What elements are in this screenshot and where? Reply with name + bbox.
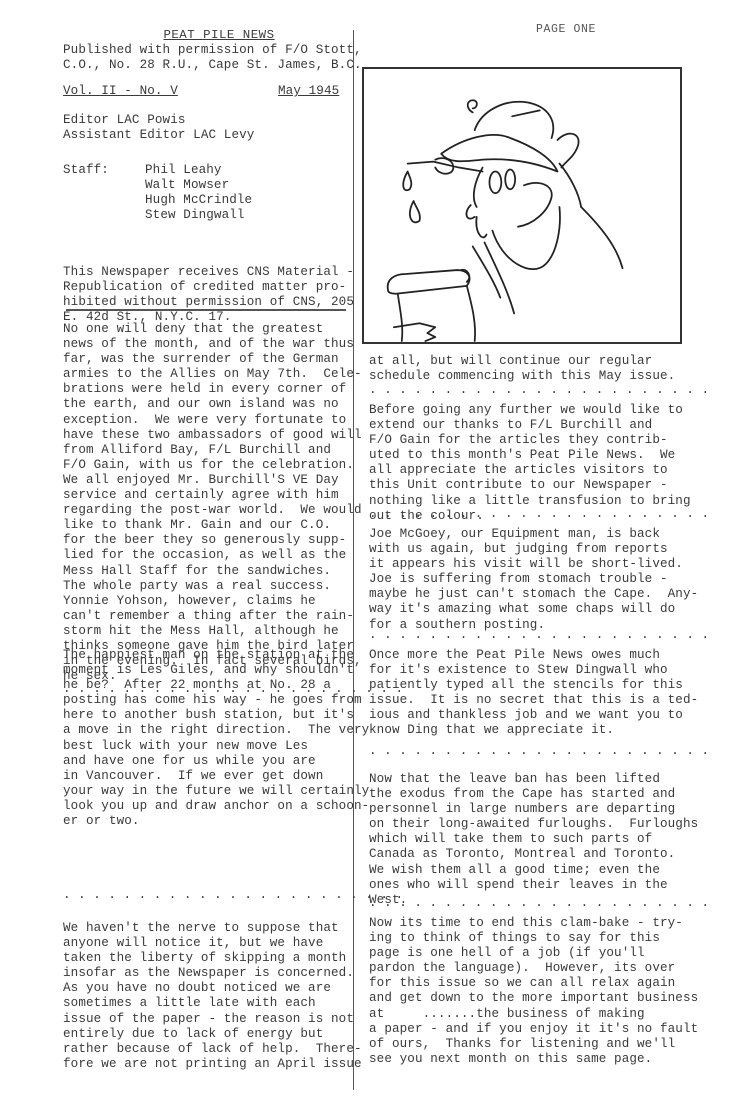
article-line: We all enjoyed Mr. Burchill'S VE Day: [63, 473, 362, 488]
article-line: lied for the occasion, as well as the: [63, 548, 362, 563]
article-thanks: Before going any further we would like t…: [369, 403, 691, 524]
staff-member: Hugh McCrindle: [145, 193, 252, 208]
dotted-separator: . . . . . . . . . . . . . . . . . . . . …: [369, 896, 709, 911]
volume-number: Vol. II - No. V: [63, 84, 178, 99]
article-line: of ours, Thanks for listening and we'll: [369, 1037, 698, 1052]
article-line: F/O Gain, with us for the celebration.: [63, 458, 362, 473]
article-line: taken the liberty of skipping a month: [63, 951, 362, 966]
article-line: uted to this month's Peat Pile News. We: [369, 448, 691, 463]
article-line: As you have no doubt noticed we are: [63, 981, 362, 996]
article-line: sometimes a little late with each: [63, 996, 362, 1011]
article-line: ing to think of things to say for this: [369, 931, 698, 946]
staff-label: Staff:: [63, 163, 109, 178]
article-line: Now that the leave ban has been lifted: [369, 772, 698, 787]
article-line: Yonnie Yohson, however, claims he: [63, 594, 362, 609]
issue-date: May 1945: [278, 84, 339, 99]
article-line: far, was the surrender of the German: [63, 352, 362, 367]
article-line: way it's amazing what some chaps will do: [369, 602, 698, 617]
editors-block: Editor LAC Powis Assistant Editor LAC Le…: [63, 113, 254, 143]
article-line: here to another bush station, but it's: [63, 708, 369, 723]
article-line: best luck with your new move Les: [63, 739, 369, 754]
article-line: service and certainly agree with him: [63, 488, 362, 503]
article-closing: Now its time to end this clam-bake - try…: [369, 916, 698, 1067]
article-line: No one will deny that the greatest: [63, 322, 362, 337]
publication-permission-line: Published with permission of F/O Stott,: [63, 43, 362, 58]
notice-line: This Newspaper receives CNS Material -: [63, 265, 354, 280]
staff-member: Phil Leahy: [145, 163, 252, 178]
page-label: PAGE ONE: [536, 22, 596, 37]
article-line: all appreciate the articles visitors to: [369, 463, 691, 478]
article-line: ious and thankless job and we want you t…: [369, 708, 698, 723]
article-line: have these two ambassadors of good will: [63, 428, 362, 443]
article-line: We haven't the nerve to suppose that: [63, 921, 362, 936]
dotted-separator: . . . . . . . . . . . . . . . . . . . . …: [369, 383, 709, 398]
article-line: with us again, but judging from reports: [369, 542, 698, 557]
article-line: personnel in large numbers are departing: [369, 802, 698, 817]
dotted-separator: . . . . . . . . . . . . . . . . . . . . …: [63, 888, 403, 903]
article-les-giles: The happiest man on the station at themo…: [63, 648, 369, 829]
article-line: We wish them all a good time; even the: [369, 863, 698, 878]
article-line: er or two.: [63, 814, 369, 829]
article-line: at .......the business of making: [369, 1007, 698, 1022]
article-line: Joe is suffering from stomach trouble -: [369, 572, 698, 587]
article-joe-mcgoey: Joe McGoey, our Equipment man, is backwi…: [369, 527, 698, 633]
article-line: see you next month on this same page.: [369, 1052, 698, 1067]
staff-member: Stew Dingwall: [145, 208, 252, 223]
article-line: a move in the right direction. The very: [63, 723, 369, 738]
article-line: insofar as the Newspaper is concerned.: [63, 966, 362, 981]
article-line: for it's existence to Stew Dingwall who: [369, 663, 698, 678]
article-line: page is one hell of a job (if you'll: [369, 946, 698, 961]
article-line: and have one for us while you are: [63, 754, 369, 769]
article-line: news of the month, and of the war thus: [63, 337, 362, 352]
article-line: Now its time to end this clam-bake - try…: [369, 916, 698, 931]
article-line: the earth, and our own island was no: [63, 397, 362, 412]
article-line: for the beer they so generously supp-: [63, 533, 362, 548]
cartoon-illustration: [362, 67, 682, 344]
article-line: know Ding that we appreciate it.: [369, 723, 698, 738]
article-line: brations were held in every corner of: [63, 382, 362, 397]
editor-line: Editor LAC Powis: [63, 113, 254, 128]
article-stew-dingwall: Once more the Peat Pile News owes muchfo…: [369, 648, 698, 739]
article-line: entirely due to lack of energy but: [63, 1027, 362, 1042]
article-line: can't remember a thing after the rain-: [63, 609, 362, 624]
article-skipped-month: We haven't the nerve to suppose thatanyo…: [63, 921, 362, 1072]
article-line: and get down to the more important busin…: [369, 991, 698, 1006]
article-line: for this issue so we can all relax again: [369, 976, 698, 991]
article-line: ones who will spend their leaves in the: [369, 878, 698, 893]
article-ve-day: No one will deny that the greatestnews o…: [63, 322, 362, 684]
article-line: anyone will notice it, but we have: [63, 936, 362, 951]
article-line: storm hit the Mess Hall, although he: [63, 624, 362, 639]
article-line: your way in the future we will certainly: [63, 784, 369, 799]
newsletter-title: PEAT PILE NEWS: [139, 28, 299, 43]
article-skipped-month-cont: at all, but will continue our regularsch…: [369, 354, 675, 384]
dotted-separator: . . . . . . . . . . . . . . . . . . . . …: [369, 744, 709, 759]
newsletter-page: PEAT PILE NEWS Published with permission…: [0, 0, 750, 1104]
article-line: a paper - and if you enjoy it it's no fa…: [369, 1022, 698, 1037]
dotted-separator: . . . . . . . . . . . . . . . . . . . . …: [369, 628, 709, 643]
article-line: armies to the Allies on May 7th. Cele-: [63, 367, 362, 382]
article-line: F/O Gain for the articles they contrib-: [369, 433, 691, 448]
article-line: look you up and draw anchor on a schoon-: [63, 799, 369, 814]
cartoon-man-with-cap-icon: [364, 69, 680, 342]
article-line: this Unit contribute to our Newspaper -: [369, 478, 691, 493]
dotted-separator: . . . . . . . . . . . . . . . . . . . . …: [63, 682, 403, 697]
article-line: on their long-awaited furloughs. Furloug…: [369, 817, 698, 832]
staff-list: Phil Leahy Walt Mowser Hugh McCrindle St…: [145, 163, 252, 223]
article-line: maybe he just can't stomach the Cape. An…: [369, 587, 698, 602]
notice-line: hibited without permission of CNS, 205: [63, 295, 354, 310]
article-line: from Alliford Bay, F/L Burchill and: [63, 443, 362, 458]
article-line: rather because of lack of help. There-: [63, 1042, 362, 1057]
article-line: extend our thanks to F/L Burchill and: [369, 418, 691, 433]
article-line: it appears his visit will be short-lived…: [369, 557, 698, 572]
article-line: Once more the Peat Pile News owes much: [369, 648, 698, 663]
article-line: moment is Les Giles, and why shouldn't: [63, 663, 369, 678]
assistant-editor-line: Assistant Editor LAC Levy: [63, 128, 254, 143]
article-line: which will take them to such parts of: [369, 832, 698, 847]
article-line: Before going any further we would like t…: [369, 403, 691, 418]
article-leave-ban: Now that the leave ban has been liftedth…: [369, 772, 698, 908]
article-line: fore we are not printing an April issue: [63, 1057, 362, 1072]
article-line: issue. It is no secret that this is a te…: [369, 693, 698, 708]
article-line: The happiest man on the station at the: [63, 648, 369, 663]
article-line: in Vancouver. If we ever get down: [63, 769, 369, 784]
article-line: The whole party was a real success.: [63, 579, 362, 594]
article-line: Mess Hall Staff for the sandwiches.: [63, 564, 362, 579]
cns-notice: This Newspaper receives CNS Material - R…: [63, 265, 354, 325]
staff-member: Walt Mowser: [145, 178, 252, 193]
notice-line: Republication of credited matter pro-: [63, 280, 354, 295]
article-line: at all, but will continue our regular: [369, 354, 675, 369]
article-line: the exodus from the Cape has started and: [369, 787, 698, 802]
article-line: patiently typed all the stencils for thi…: [369, 678, 698, 693]
article-line: regarding the post-war world. We would: [63, 503, 362, 518]
article-line: like to thank Mr. Gain and our C.O.: [63, 518, 362, 533]
dotted-separator: . . . . . . . . . . . . . . . . . . . . …: [369, 507, 709, 522]
publication-location-line: C.O., No. 28 R.U., Cape St. James, B.C.: [63, 58, 362, 73]
article-line: pardon the language). However, its over: [369, 961, 698, 976]
masthead-divider: [66, 309, 346, 311]
article-line: schedule commencing with this May issue.: [369, 369, 675, 384]
article-line: exception. We were very fortunate to: [63, 413, 362, 428]
article-line: Canada as Toronto, Montreal and Toronto.: [369, 847, 698, 862]
article-line: Joe McGoey, our Equipment man, is back: [369, 527, 698, 542]
article-line: issue of the paper - the reason is not: [63, 1012, 362, 1027]
